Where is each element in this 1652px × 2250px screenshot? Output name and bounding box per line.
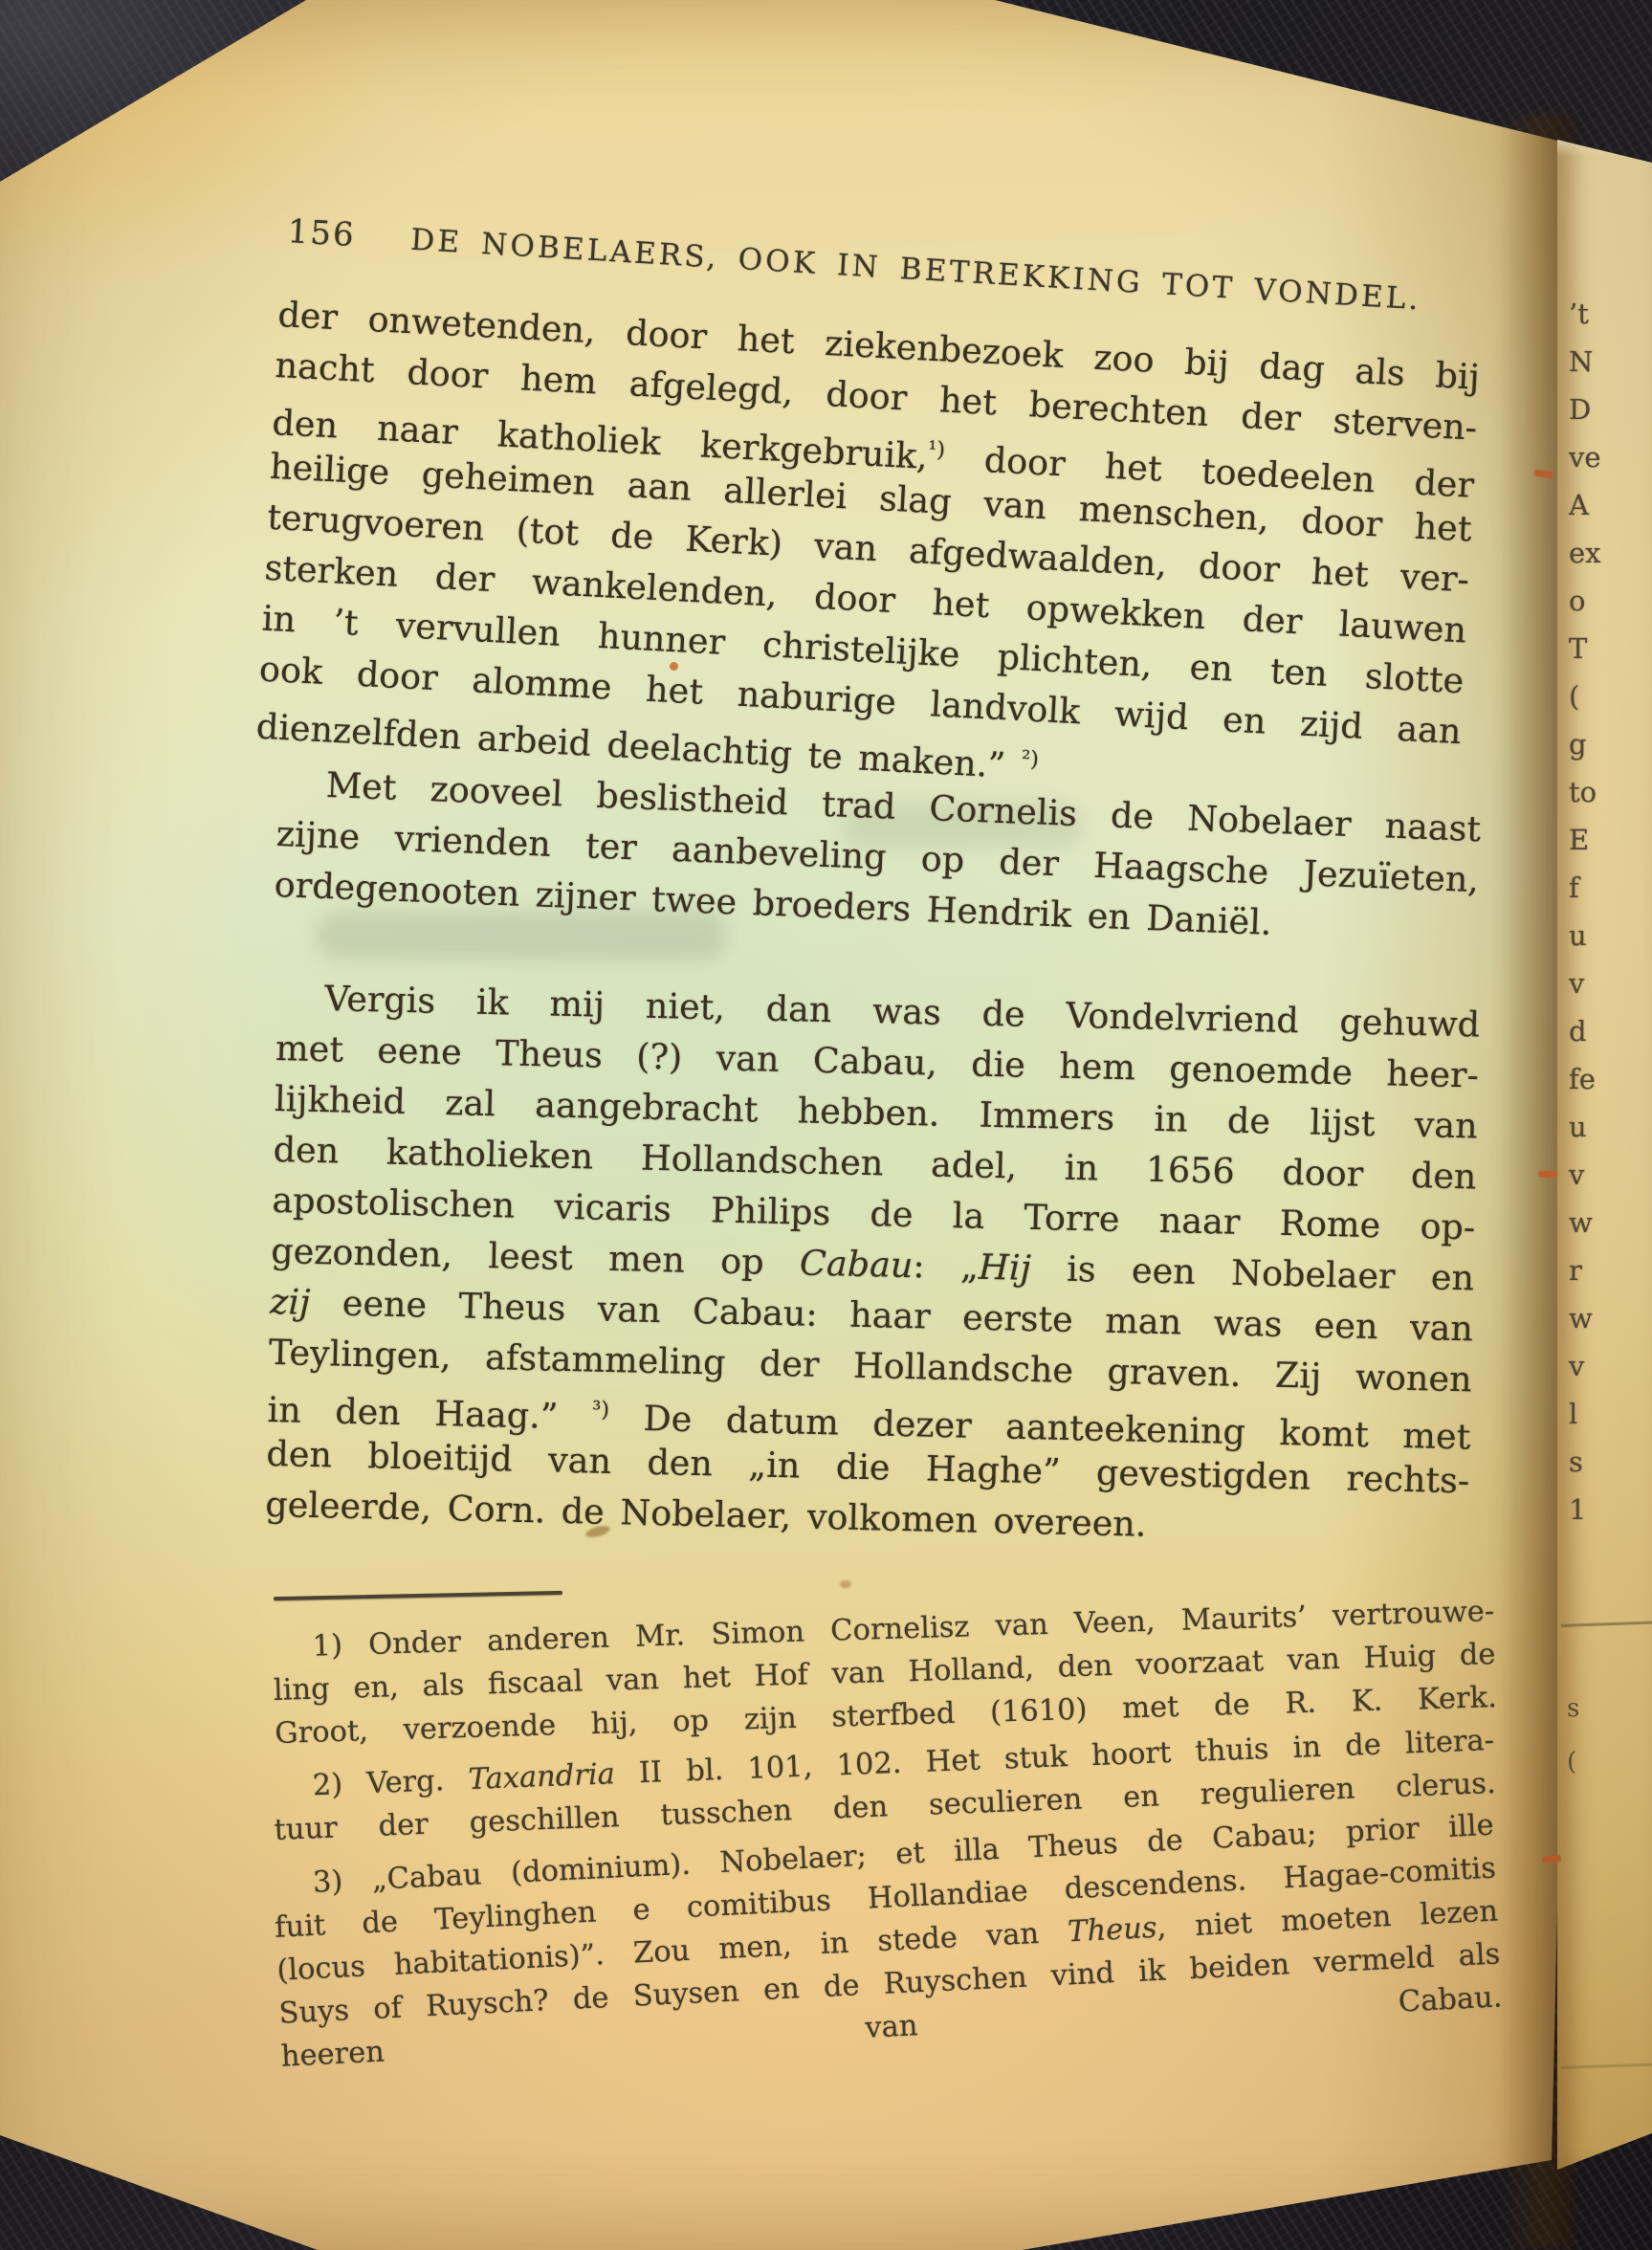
page-number: 156 [287, 212, 357, 254]
italic-segment: Cabau [800, 1242, 914, 1286]
italic-segment: Hij [979, 1246, 1032, 1289]
paragraph-1: der onwetenden, door het ziekenbezoek zo… [255, 289, 1481, 807]
facing-page-line-fragment: N [1569, 338, 1601, 386]
facing-page-line-fragment: v [1569, 1151, 1601, 1199]
facing-page-line-fragment: E [1569, 816, 1601, 864]
footnote-ref-1: ¹) [928, 437, 946, 463]
facing-page-line-fragment: d [1569, 1007, 1601, 1055]
italic-segment: zij [270, 1281, 311, 1323]
italic-segment: Theus [1067, 1911, 1157, 1950]
paragraph-3: Vergis ik mij niet, dan was de Vondelvri… [265, 972, 1481, 1556]
facing-page-line-fragment: r [1569, 1246, 1601, 1294]
facing-page-line-fragment: ’t [1569, 290, 1601, 338]
facing-page-text-column-lower: s ( [1567, 1682, 1579, 1789]
facing-page-line-fragment: v [1569, 1342, 1601, 1390]
facing-page-line-fragment: fe [1569, 1055, 1601, 1103]
right-page-sliver: ’t N D ve A ex o T ( g to E f u v d fe u… [1557, 122, 1652, 2170]
italic-segment: Taxandria [468, 1757, 615, 1797]
facing-page-line-fragment: 1 [1569, 1486, 1601, 1533]
facing-page-line-fragment: v [1569, 960, 1601, 1007]
facing-page-rule-faint [1561, 2062, 1652, 2069]
facing-page-line-fragment: g [1569, 720, 1601, 768]
book-photo-background: { "page": { "number": "156", "running_ti… [0, 0, 1652, 2250]
facing-page-line-fragment: ex [1569, 529, 1601, 577]
facing-page-line-fragment: s [1569, 1438, 1601, 1486]
facing-page-line-fragment: f [1569, 864, 1601, 912]
facing-page-line-fragment: ( [1569, 673, 1601, 720]
facing-page-line-fragment: o [1569, 577, 1601, 625]
facing-page-line-fragment: ( [1567, 1735, 1579, 1789]
paper-stain [840, 1580, 851, 1588]
footnote-separator-rule [274, 1591, 562, 1600]
facing-page-line-fragment: l [1569, 1390, 1601, 1438]
facing-page-line-fragment: u [1569, 912, 1601, 960]
facing-page-line-fragment: to [1569, 768, 1601, 816]
footnote-ref-3: ³) [592, 1398, 609, 1423]
text-segment: : „ [913, 1245, 980, 1288]
facing-page-line-fragment: w [1569, 1294, 1601, 1342]
footnote-ref-2: ²) [1021, 746, 1039, 772]
facing-page-line-fragment: D [1569, 386, 1601, 433]
left-page: 156 DE NOBELAERS, OOK IN BETREKKING TOT … [0, 0, 1652, 2250]
facing-page-line-fragment: w [1569, 1199, 1601, 1246]
text-segment: gezonden, leest men op [271, 1230, 801, 1284]
facing-page-footnote-rule [1561, 1621, 1652, 1627]
facing-page-line-fragment: T [1569, 625, 1601, 673]
binding-stitch [1538, 1170, 1557, 1178]
facing-page-line-fragment: ve [1569, 433, 1601, 481]
facing-page-line-fragment: u [1569, 1103, 1601, 1151]
facing-page-line-fragment: s [1567, 1682, 1579, 1735]
facing-page-line-fragment: A [1569, 481, 1601, 529]
facing-page-text-column: ’t N D ve A ex o T ( g to E f u v d fe u… [1569, 290, 1601, 1533]
text-segment: 2) Verg. [312, 1763, 469, 1802]
text-segment: is een Nobelaer en [1030, 1247, 1474, 1299]
